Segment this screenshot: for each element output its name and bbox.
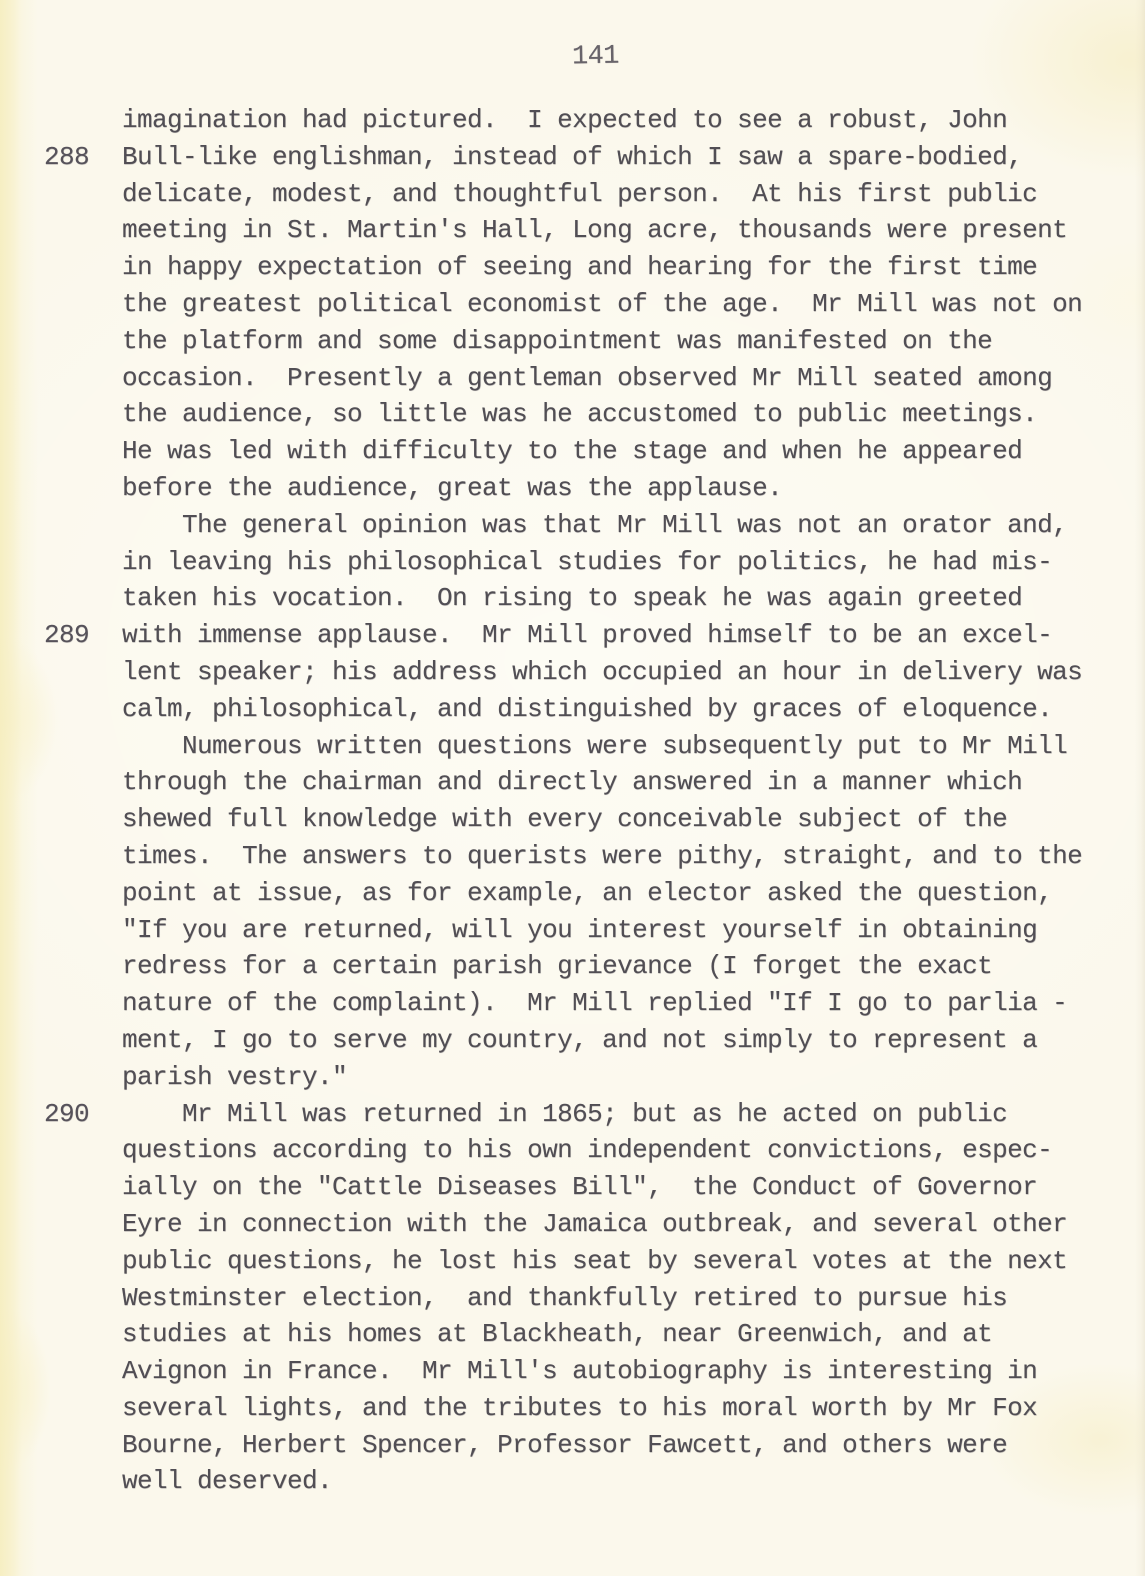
text-line: point at issue, as for example, an elect… — [122, 875, 1082, 912]
line-text: redress for a certain parish grievance (… — [122, 951, 992, 981]
text-line: Bourne, Herbert Spencer, Professor Fawce… — [122, 1427, 1082, 1464]
text-line: in leaving his philosophical studies for… — [122, 544, 1082, 581]
line-text: Eyre in connection with the Jamaica outb… — [122, 1209, 1067, 1239]
line-text: ially on the "Cattle Diseases Bill", the… — [122, 1172, 1037, 1202]
line-text: questions according to his own independe… — [122, 1135, 1052, 1165]
margin-paragraph-number: 288 — [44, 139, 89, 176]
text-line: The general opinion was that Mr Mill was… — [122, 507, 1082, 544]
text-line: redress for a certain parish grievance (… — [122, 948, 1082, 985]
text-line: calm, philosophical, and distinguished b… — [122, 691, 1082, 728]
text-line: through the chairman and directly answer… — [122, 764, 1082, 801]
line-text: imagination had pictured. I expected to … — [122, 105, 1007, 135]
text-line: Westminster election, and thankfully ret… — [122, 1280, 1082, 1317]
text-line: taken his vocation. On rising to speak h… — [122, 580, 1082, 617]
text-line: questions according to his own independe… — [122, 1132, 1082, 1169]
line-text: point at issue, as for example, an elect… — [122, 878, 1052, 908]
line-text: taken his vocation. On rising to speak h… — [122, 583, 1022, 613]
line-text: the audience, so little was he accustome… — [122, 399, 1037, 429]
text-line: the audience, so little was he accustome… — [122, 396, 1082, 433]
line-text: well deserved. — [122, 1466, 332, 1496]
line-text: nature of the complaint). Mr Mill replie… — [122, 988, 1067, 1018]
line-text: calm, philosophical, and distinguished b… — [122, 694, 1052, 724]
text-line: public questions, he lost his seat by se… — [122, 1243, 1082, 1280]
line-text: through the chairman and directly answer… — [122, 767, 1022, 797]
line-text: public questions, he lost his seat by se… — [122, 1246, 1067, 1276]
text-line: the greatest political economist of the … — [122, 286, 1082, 323]
text-line: lent speaker; his address which occupied… — [122, 654, 1082, 691]
line-text: times. The answers to querists were pith… — [122, 841, 1082, 871]
text-line: studies at his homes at Blackheath, near… — [122, 1316, 1082, 1353]
text-line: imagination had pictured. I expected to … — [122, 102, 1082, 139]
text-line: delicate, modest, and thoughtful person.… — [122, 176, 1082, 213]
line-text: in leaving his philosophical studies for… — [122, 547, 1052, 577]
line-text: the greatest political economist of the … — [122, 289, 1082, 319]
text-line: before the audience, great was the appla… — [122, 470, 1082, 507]
text-line: in happy expectation of seeing and heari… — [122, 249, 1082, 286]
line-text: occasion. Presently a gentleman observed… — [122, 363, 1052, 393]
margin-paragraph-number: 289 — [44, 617, 89, 654]
line-text: ment, I go to serve my country, and not … — [122, 1025, 1037, 1055]
text-line: parish vestry." — [122, 1059, 1082, 1096]
line-text: Numerous written questions were subseque… — [122, 731, 1067, 761]
line-text: shewed full knowledge with every conceiv… — [122, 804, 1007, 834]
line-text: Mr Mill was returned in 1865; but as he … — [122, 1099, 1007, 1129]
text-line: He was led with difficulty to the stage … — [122, 433, 1082, 470]
text-line: "If you are returned, will you interest … — [122, 912, 1082, 949]
line-text: Bull-like englishman, instead of which I… — [122, 142, 1022, 172]
line-text: before the audience, great was the appla… — [122, 473, 782, 503]
line-text: studies at his homes at Blackheath, near… — [122, 1319, 992, 1349]
text-line: Avignon in France. Mr Mill's autobiograp… — [122, 1353, 1082, 1390]
line-text: Westminster election, and thankfully ret… — [122, 1283, 1007, 1313]
text-line: Eyre in connection with the Jamaica outb… — [122, 1206, 1082, 1243]
typewritten-text-block: imagination had pictured. I expected to … — [122, 102, 1082, 1500]
text-line: 290 Mr Mill was returned in 1865; but as… — [122, 1096, 1082, 1133]
text-line: ment, I go to serve my country, and not … — [122, 1022, 1082, 1059]
margin-paragraph-number: 290 — [44, 1096, 89, 1133]
manuscript-page: 141 imagination had pictured. I expected… — [0, 0, 1145, 1576]
text-line: several lights, and the tributes to his … — [122, 1390, 1082, 1427]
line-text: meeting in St. Martin's Hall, Long acre,… — [122, 215, 1067, 245]
line-text: delicate, modest, and thoughtful person.… — [122, 179, 1037, 209]
text-line: 288Bull-like englishman, instead of whic… — [122, 139, 1082, 176]
line-text: parish vestry." — [122, 1062, 347, 1092]
text-line: 289with immense applause. Mr Mill proved… — [122, 617, 1082, 654]
text-line: well deserved. — [122, 1463, 1082, 1500]
text-line: meeting in St. Martin's Hall, Long acre,… — [122, 212, 1082, 249]
line-text: in happy expectation of seeing and heari… — [122, 252, 1037, 282]
line-text: He was led with difficulty to the stage … — [122, 436, 1022, 466]
line-text: lent speaker; his address which occupied… — [122, 657, 1082, 687]
text-line: nature of the complaint). Mr Mill replie… — [122, 985, 1082, 1022]
page-number: 141 — [572, 42, 619, 73]
text-line: times. The answers to querists were pith… — [122, 838, 1082, 875]
line-text: several lights, and the tributes to his … — [122, 1393, 1037, 1423]
line-text: Avignon in France. Mr Mill's autobiograp… — [122, 1356, 1037, 1386]
line-text: The general opinion was that Mr Mill was… — [122, 510, 1067, 540]
text-line: shewed full knowledge with every conceiv… — [122, 801, 1082, 838]
text-line: Numerous written questions were subseque… — [122, 728, 1082, 765]
text-line: the platform and some disappointment was… — [122, 323, 1082, 360]
line-text: Bourne, Herbert Spencer, Professor Fawce… — [122, 1430, 1007, 1460]
line-text: "If you are returned, will you interest … — [122, 915, 1037, 945]
line-text: the platform and some disappointment was… — [122, 326, 992, 356]
text-line: ially on the "Cattle Diseases Bill", the… — [122, 1169, 1082, 1206]
text-line: occasion. Presently a gentleman observed… — [122, 360, 1082, 397]
line-text: with immense applause. Mr Mill proved hi… — [122, 620, 1052, 650]
